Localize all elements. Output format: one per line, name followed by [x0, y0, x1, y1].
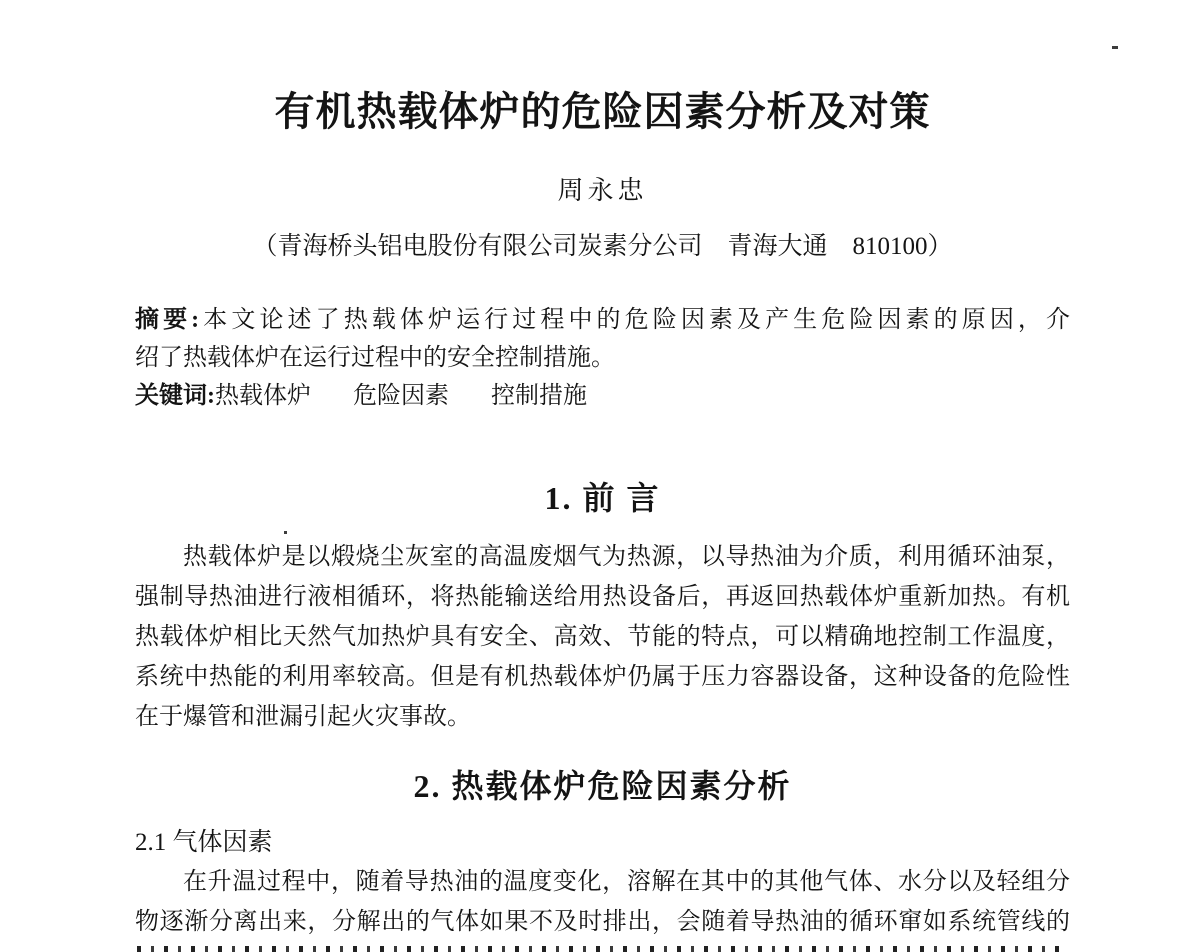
- body-line: 物逐渐分离出来，分解出的气体如果不及时排出，会随着导热油的循环窜如系统管线的: [135, 902, 1070, 942]
- scan-noise-speck: [445, 90, 447, 92]
- section-2-heading: 2. 热载体炉危险因素分析: [135, 764, 1070, 808]
- section-2-1-subheading: 2.1 气体因素: [135, 826, 1070, 860]
- body-line: 系统中热能的利用率较高。但是有机热载体炉仍属于压力容器设备，这种设备的危险性: [135, 657, 1070, 697]
- paper-title: 有机热载体炉的危险因素分析及对策: [135, 88, 1070, 136]
- abstract-text: 本文论述了热载体炉运行过程中的危险因素及产生危险因素的原因，介: [199, 307, 1070, 333]
- abstract-block: 摘要:本文论述了热载体炉运行过程中的危险因素及产生危险因素的原因，介 绍了热载体…: [135, 301, 1070, 415]
- body-line: 在于爆管和泄漏引起火灾事故。: [135, 697, 1070, 737]
- body-line: 热载体炉相比天然气加热炉具有安全、高效、节能的特点，可以精确地控制工作温度，: [135, 617, 1070, 657]
- body-line: 在升温过程中，随着导热油的温度变化，溶解在其中的其他气体、水分以及轻组分: [135, 862, 1070, 902]
- clipped-bottom-text-line: [137, 946, 1065, 952]
- keywords-line: 关键词:热载体炉危险因素控制措施: [135, 377, 1070, 415]
- abstract-label: 摘要:: [135, 307, 199, 333]
- keyword-term: 控制措施: [491, 383, 587, 409]
- scan-noise-speck: [1112, 46, 1118, 49]
- scan-noise-speck: [284, 531, 287, 534]
- keyword-term: 危险因素: [353, 383, 449, 409]
- abstract-line: 绍了热载体炉在运行过程中的安全控制措施。: [135, 339, 1070, 377]
- abstract-line: 摘要:本文论述了热载体炉运行过程中的危险因素及产生危险因素的原因，介: [135, 301, 1070, 339]
- section-1-paragraph: 热载体炉是以煅烧尘灰室的高温废烟气为热源，以导热油为介质，利用循环油泵， 强制导…: [135, 537, 1070, 737]
- scanned-paper-page: 有机热载体炉的危险因素分析及对策 周永忠 （青海桥头铝电股份有限公司炭素分公司 …: [0, 0, 1200, 952]
- section-1-heading: 1. 前 言: [135, 476, 1070, 520]
- section-2-paragraph: 在升温过程中，随着导热油的温度变化，溶解在其中的其他气体、水分以及轻组分 物逐渐…: [135, 862, 1070, 942]
- keywords-label: 关键词:: [135, 383, 215, 409]
- body-line: 强制导热油进行液相循环，将热能输送给用热设备后，再返回热载体炉重新加热。有机: [135, 577, 1070, 617]
- keyword-term: 热载体炉: [215, 383, 311, 409]
- paper-affiliation: （青海桥头铝电股份有限公司炭素分公司 青海大通 810100）: [135, 228, 1070, 266]
- paper-author: 周永忠: [135, 174, 1070, 208]
- body-line: 热载体炉是以煅烧尘灰室的高温废烟气为热源，以导热油为介质，利用循环油泵，: [135, 537, 1070, 577]
